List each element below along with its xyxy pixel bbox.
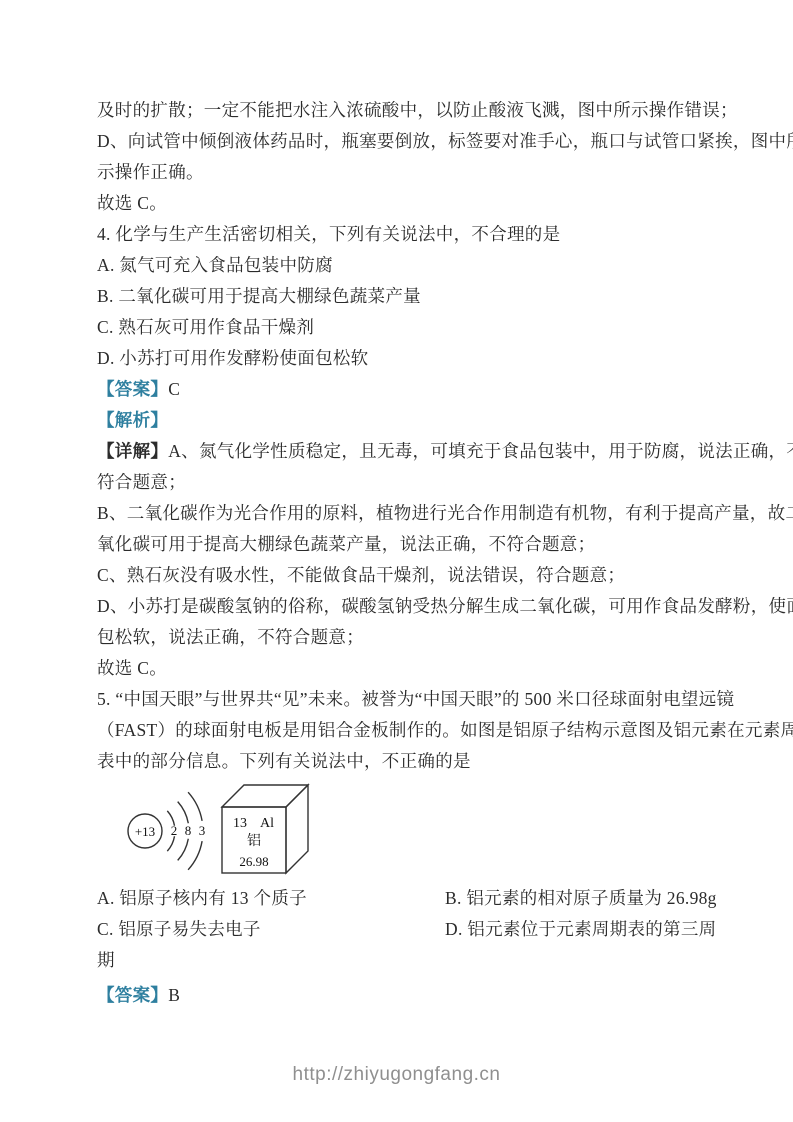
q4-option-b: B. 二氧化碳可用于提高大棚绿色蔬菜产量 — [97, 281, 697, 312]
q5-stem-line-3: 表中的部分信息。下列有关说法中，不正确的是 — [97, 746, 697, 777]
q3-explanation-line-3: 示操作正确。 — [97, 157, 697, 188]
q4-detail-line-5: C、熟石灰没有吸水性，不能做食品干燥剂，说法错误，符合题意； — [97, 560, 697, 591]
q4-choice: 故选 C。 — [97, 653, 697, 684]
nucleus-charge: +13 — [135, 824, 155, 839]
shell-1-electrons: 2 — [171, 823, 178, 838]
q4-detail-line-2: 符合题意； — [97, 467, 697, 498]
q5-option-d-wrap: 期 — [97, 945, 697, 976]
q4-detail-text: A、氮气化学性质稳定，且无毒，可填充于食品包装中，用于防腐，说法正确，不 — [168, 441, 793, 461]
element-atomic-mass: 26.98 — [239, 854, 268, 869]
q5-options-row-2: C. 铝原子易失去电子D. 铝元素位于元素周期表的第三周 — [97, 914, 697, 945]
q4-answer-line: 【答案】C — [97, 374, 697, 405]
q5-figure: +13 2 8 3 13 Al 铝 26. — [97, 777, 697, 883]
document-body: 及时的扩散；一定不能把水注入浓硫酸中，以防止酸液飞溅，图中所示操作错误； D、向… — [97, 95, 697, 1011]
q4-stem: 4. 化学与生产生活密切相关，下列有关说法中，不合理的是 — [97, 219, 697, 250]
element-name: 铝 — [247, 833, 261, 849]
detail-label: 【详解】 — [97, 441, 168, 461]
atom-nucleus: +13 — [128, 814, 162, 848]
q4-answer-value: C — [168, 379, 180, 399]
q5-answer-value: B — [168, 985, 180, 1005]
q5-stem-line-1: 5. “中国天眼”与世界共“见”未来。被誉为“中国天眼”的 500 米口径球面射… — [97, 684, 697, 715]
answer-label: 【答案】 — [97, 379, 168, 399]
electron-shell-arcs: 2 8 3 — [167, 792, 205, 870]
q4-detail-line-3: B、二氧化碳作为光合作用的原料，植物进行光合作用制造有机物，有利于提高产量，故二 — [97, 498, 697, 529]
q4-option-c: C. 熟石灰可用作食品干燥剂 — [97, 312, 697, 343]
q5-option-a: A. 铝原子核内有 13 个质子 — [97, 883, 445, 914]
watermark-url: http://zhiyugongfang.cn — [0, 1063, 793, 1087]
shell-3-electrons: 3 — [199, 823, 206, 838]
q5-stem-line-2: （FAST）的球面射电板是用铝合金板制作的。如图是铝原子结构示意图及铝元素在元素… — [97, 715, 697, 746]
periodic-table-cell-cube: 13 Al 铝 26.98 — [222, 785, 308, 873]
element-symbol: Al — [260, 816, 274, 831]
shell-2-electrons: 8 — [185, 823, 192, 838]
aluminum-atom-diagram: +13 2 8 3 13 Al 铝 26. — [117, 779, 317, 879]
answer-label: 【答案】 — [97, 985, 168, 1005]
q3-explanation-line-2: D、向试管中倾倒液体药品时，瓶塞要倒放，标签要对准手心，瓶口与试管口紧挨，图中所 — [97, 126, 697, 157]
q5-option-c: C. 铝原子易失去电子 — [97, 914, 445, 945]
q4-option-a: A. 氮气可充入食品包装中防腐 — [97, 250, 697, 281]
q4-detail-line-4: 氧化碳可用于提高大棚绿色蔬菜产量，说法正确，不符合题意； — [97, 529, 697, 560]
q3-explanation-line-1: 及时的扩散；一定不能把水注入浓硫酸中，以防止酸液飞溅，图中所示操作错误； — [97, 95, 697, 126]
q3-choice: 故选 C。 — [97, 188, 697, 219]
q5-option-d: D. 铝元素位于元素周期表的第三周 — [445, 919, 717, 939]
element-atomic-number: 13 — [233, 816, 247, 831]
q5-option-b: B. 铝元素的相对原子质量为 26.98g — [445, 888, 717, 908]
q4-option-d: D. 小苏打可用作发酵粉使面包松软 — [97, 343, 697, 374]
q5-options-row-1: A. 铝原子核内有 13 个质子B. 铝元素的相对原子质量为 26.98g — [97, 883, 697, 914]
q4-detail-line-7: 包松软，说法正确，不符合题意； — [97, 622, 697, 653]
analysis-label: 【解析】 — [97, 410, 168, 430]
q4-detail-line-1: 【详解】A、氮气化学性质稳定，且无毒，可填充于食品包装中，用于防腐，说法正确，不 — [97, 436, 697, 467]
q5-answer-line: 【答案】B — [97, 980, 697, 1011]
q4-analysis-line: 【解析】 — [97, 405, 697, 436]
q4-detail-line-6: D、小苏打是碳酸氢钠的俗称，碳酸氢钠受热分解生成二氧化碳，可用作食品发酵粉，使面 — [97, 591, 697, 622]
